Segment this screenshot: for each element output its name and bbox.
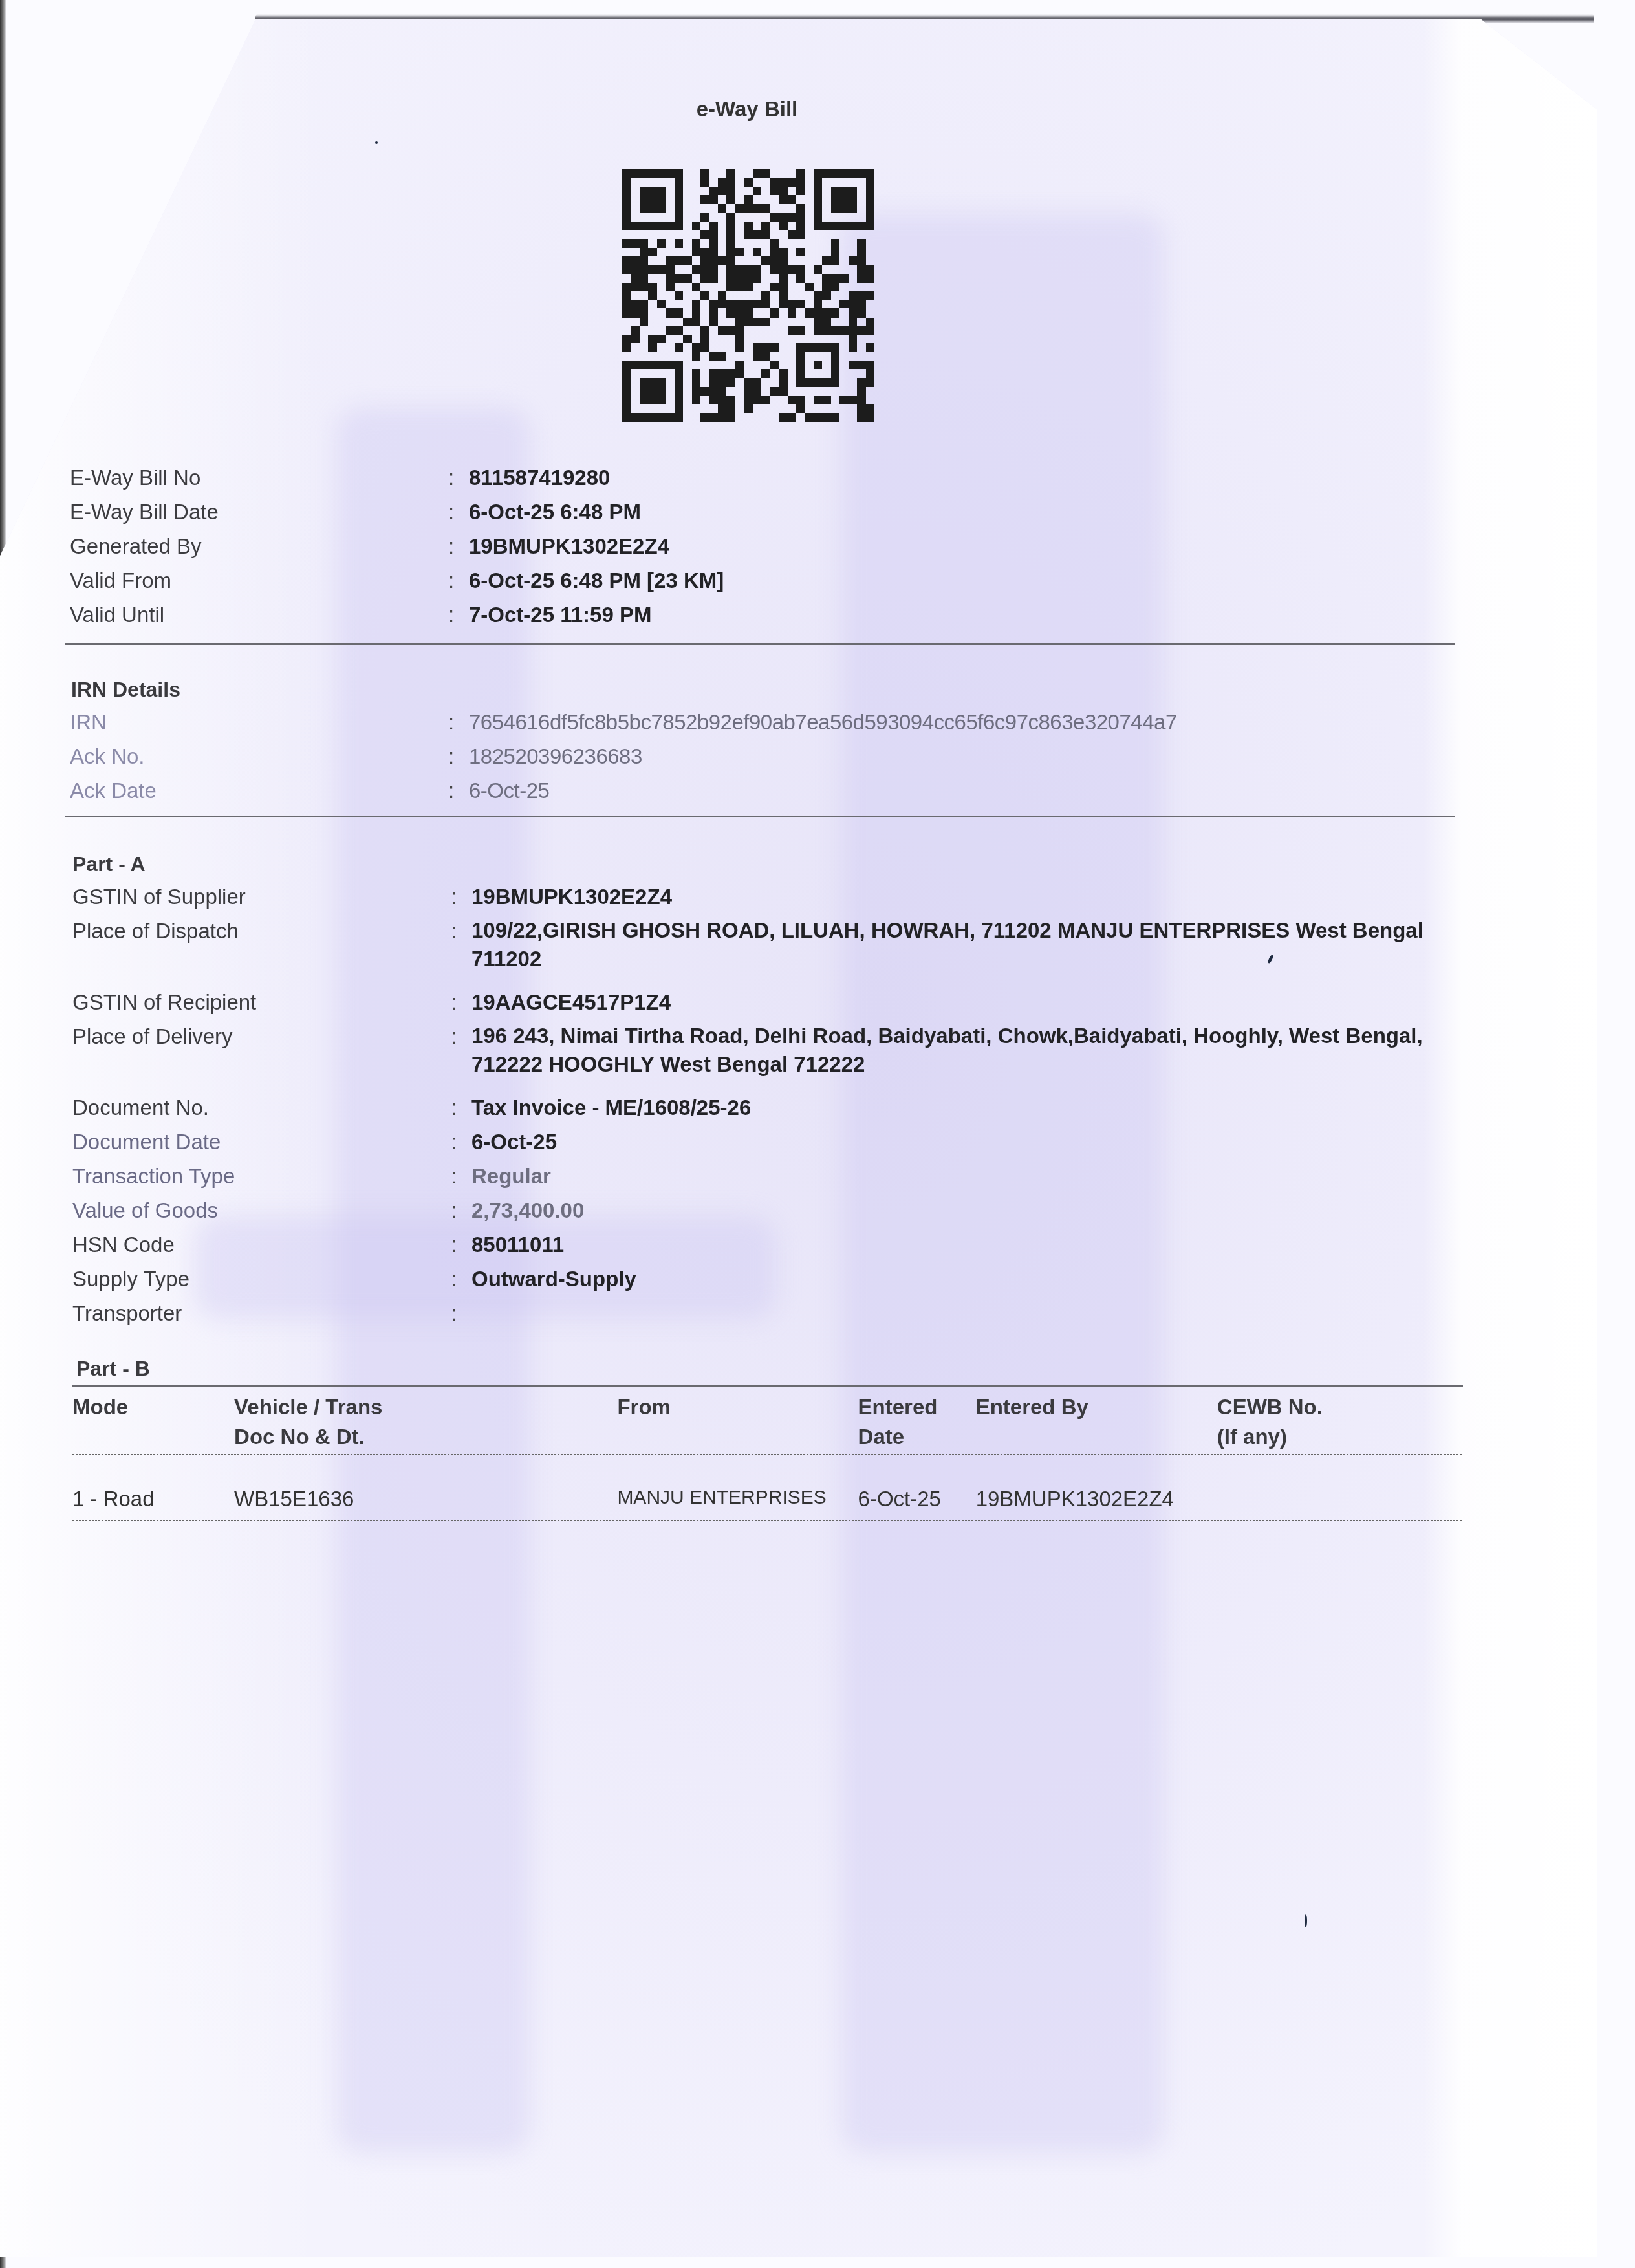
- field-value: 6-Oct-25: [471, 1125, 557, 1159]
- separator: :: [451, 1227, 471, 1262]
- field-label: Ack Date: [70, 773, 448, 808]
- field-value: 19BMUPK1302E2Z4: [471, 880, 672, 914]
- field-supply-type: Supply Type:Outward-Supply: [72, 1262, 1429, 1296]
- separator: :: [448, 563, 469, 598]
- divider: [65, 816, 1455, 817]
- separator: :: [448, 495, 469, 529]
- field-label: E-Way Bill No: [70, 460, 448, 495]
- part-b-table: ModeVehicle / TransDoc No & Dt.FromEnter…: [72, 1381, 1463, 1531]
- field-label: HSN Code: [72, 1227, 451, 1262]
- field-value: Tax Invoice - ME/1608/25-26: [471, 1090, 751, 1125]
- field-generated-by: Generated By:19BMUPK1302E2Z4: [70, 529, 724, 563]
- field-value: 7-Oct-25 11:59 PM: [469, 598, 651, 632]
- column-header-vehicle-trans-doc-no-dt: Vehicle / TransDoc No & Dt.: [234, 1381, 617, 1463]
- column-header-mode: Mode: [72, 1381, 234, 1463]
- separator: :: [451, 1296, 471, 1330]
- field-ack-date: Ack Date:6-Oct-25: [70, 773, 1177, 808]
- field-valid-from: Valid From:6-Oct-25 6:48 PM [23 KM]: [70, 563, 724, 598]
- separator: :: [448, 598, 469, 632]
- field-label: Document Date: [72, 1125, 451, 1159]
- separator: :: [451, 1193, 471, 1227]
- separator: :: [448, 773, 469, 808]
- separator: :: [451, 1090, 471, 1125]
- separator: :: [448, 739, 469, 773]
- field-hsn-code: HSN Code:85011011: [72, 1227, 1429, 1262]
- field-gstin-of-recipient: GSTIN of Recipient:19AAGCE4517P1Z4: [72, 985, 1429, 1019]
- column-header-cewb-no-if-any: CEWB No.(If any): [1217, 1381, 1463, 1463]
- field-e-way-bill-no: E-Way Bill No:811587419280: [70, 460, 724, 495]
- field-label: Transaction Type: [72, 1159, 451, 1193]
- part-a-heading: Part - A: [72, 852, 146, 876]
- field-transaction-type: Transaction Type:Regular: [72, 1159, 1429, 1193]
- field-value: 811587419280: [469, 460, 610, 495]
- separator: :: [451, 1125, 471, 1159]
- field-label: Place of Dispatch: [72, 914, 451, 948]
- field-label: Valid From: [70, 563, 448, 598]
- field-label: Transporter: [72, 1296, 451, 1330]
- table-header-row: ModeVehicle / TransDoc No & Dt.FromEnter…: [72, 1381, 1463, 1463]
- separator: :: [451, 880, 471, 914]
- separator: :: [448, 460, 469, 495]
- qr-code-icon: [622, 169, 874, 422]
- field-value-of-goods: Value of Goods:2,73,400.00: [72, 1193, 1429, 1227]
- field-label: Generated By: [70, 529, 448, 563]
- field-document-no: Document No.:Tax Invoice - ME/1608/25-26: [72, 1090, 1429, 1125]
- field-label: GSTIN of Recipient: [72, 985, 451, 1019]
- divider: [72, 1520, 1463, 1521]
- field-label: GSTIN of Supplier: [72, 880, 451, 914]
- separator: :: [451, 1019, 471, 1053]
- field-label: E-Way Bill Date: [70, 495, 448, 529]
- divider: [65, 643, 1455, 645]
- field-label: Document No.: [72, 1090, 451, 1125]
- field-label: Valid Until: [70, 598, 448, 632]
- irn-details-heading: IRN Details: [71, 678, 180, 702]
- column-header-entered-date: EnteredDate: [858, 1381, 976, 1463]
- column-header-from: From: [617, 1381, 858, 1463]
- separator: :: [451, 914, 471, 948]
- separator: :: [451, 985, 471, 1019]
- field-label: Place of Delivery: [72, 1019, 451, 1053]
- field-document-date: Document Date:6-Oct-25: [72, 1125, 1429, 1159]
- field-value: 6-Oct-25 6:48 PM [23 KM]: [469, 563, 724, 598]
- field-value: 85011011: [471, 1227, 564, 1262]
- part-b-heading: Part - B: [76, 1357, 150, 1381]
- field-ack-no: Ack No.:182520396236683: [70, 739, 1177, 773]
- separator: :: [448, 529, 469, 563]
- field-irn: IRN:7654616df5fc8b5bc7852b92ef90ab7ea56d…: [70, 705, 1177, 739]
- field-label: Ack No.: [70, 739, 448, 773]
- separator: :: [448, 705, 469, 739]
- field-value: Outward-Supply: [471, 1262, 636, 1296]
- field-place-of-dispatch: Place of Dispatch:109/22,GIRISH GHOSH RO…: [72, 914, 1429, 973]
- column-header-entered-by: Entered By: [976, 1381, 1217, 1463]
- field-gstin-of-supplier: GSTIN of Supplier:19BMUPK1302E2Z4: [72, 880, 1429, 914]
- field-transporter: Transporter:: [72, 1296, 1429, 1330]
- irn-details-section: IRN:7654616df5fc8b5bc7852b92ef90ab7ea56d…: [70, 705, 1177, 808]
- separator: :: [451, 1262, 471, 1296]
- field-value: 19BMUPK1302E2Z4: [469, 529, 669, 563]
- field-value: 196 243, Nimai Tirtha Road, Delhi Road, …: [471, 1019, 1429, 1079]
- field-value: 2,73,400.00: [471, 1193, 584, 1227]
- field-value: 6-Oct-25 6:48 PM: [469, 495, 641, 529]
- field-value: 7654616df5fc8b5bc7852b92ef90ab7ea56d5930…: [469, 705, 1177, 739]
- e-way-bill-document: e-Way Bill E-Way Bill No:811587419280E-W…: [0, 0, 1635, 2268]
- field-label: IRN: [70, 705, 448, 739]
- document-title: e-Way Bill: [0, 97, 1494, 122]
- field-value: 109/22,GIRISH GHOSH ROAD, LILUAH, HOWRAH…: [471, 914, 1429, 973]
- field-value: 182520396236683: [469, 739, 642, 773]
- summary-section: E-Way Bill No:811587419280E-Way Bill Dat…: [70, 460, 724, 632]
- divider: [72, 1454, 1463, 1455]
- field-value: 19AAGCE4517P1Z4: [471, 985, 671, 1019]
- field-valid-until: Valid Until:7-Oct-25 11:59 PM: [70, 598, 724, 632]
- ink-speck: [1305, 1914, 1307, 1927]
- field-label: Value of Goods: [72, 1193, 451, 1227]
- field-value: Regular: [471, 1159, 551, 1193]
- field-e-way-bill-date: E-Way Bill Date:6-Oct-25 6:48 PM: [70, 495, 724, 529]
- ink-speck: [375, 141, 378, 144]
- field-label: Supply Type: [72, 1262, 451, 1296]
- field-place-of-delivery: Place of Delivery:196 243, Nimai Tirtha …: [72, 1019, 1429, 1079]
- field-value: 6-Oct-25: [469, 773, 549, 808]
- part-a-section: GSTIN of Supplier:19BMUPK1302E2Z4Place o…: [72, 880, 1429, 1330]
- separator: :: [451, 1159, 471, 1193]
